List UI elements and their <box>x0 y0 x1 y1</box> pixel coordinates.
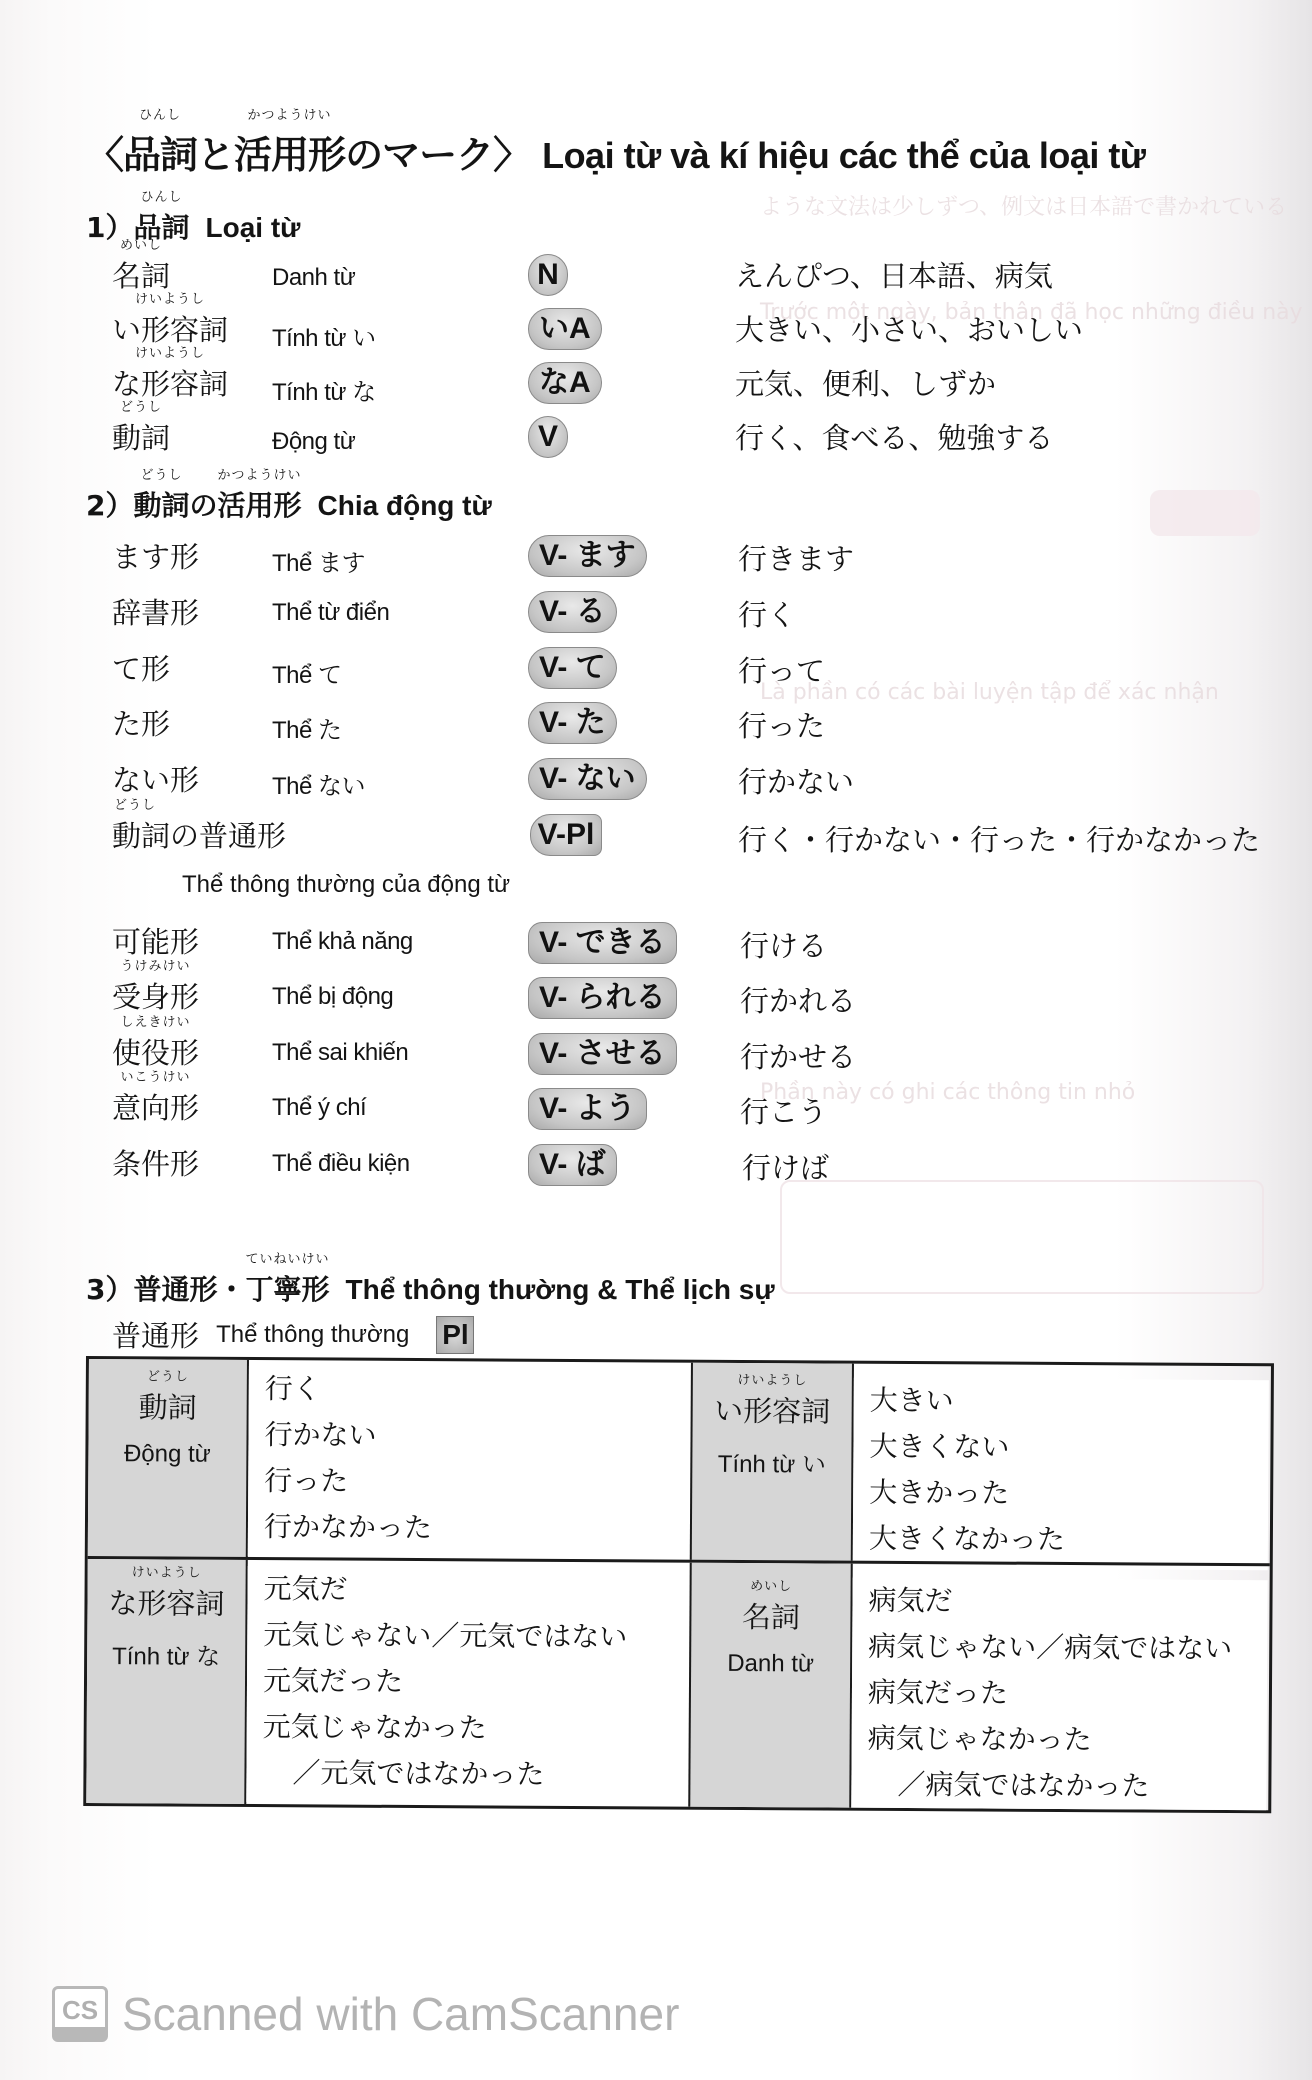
plain-vn: Thể thông thường <box>216 1321 409 1348</box>
furigana: けいようし <box>109 1561 225 1581</box>
pos-example: 大きい、小さい、おいしい <box>735 308 1083 349</box>
furigana: うけみけい <box>112 955 199 974</box>
form-vn: Thể bị động <box>272 983 393 1011</box>
form-vn: Thể ý chí <box>272 1094 366 1122</box>
form-vn: Thể sai khiến <box>272 1039 408 1067</box>
camscanner-logo-icon: CS <box>52 1986 108 2042</box>
watermark-text: Scanned with CamScanner <box>122 1987 679 2041</box>
table-head-noun: 名詞めいし Danh từ <box>688 1563 852 1808</box>
section-vn: Loại từ <box>206 212 301 243</box>
pos-example: えんぴつ、日本語、病気 <box>735 254 1053 295</box>
verb-form-row-plain: 動詞の普通形どうし V-Pl 行く・行かない・行った・行かなかった <box>0 812 1312 862</box>
plain-form-table: 動詞どうし Động từ 行く 行かない 行った 行かなかった い形容詞けいよ… <box>83 1356 1274 1813</box>
furigana: いこうけい <box>112 1066 199 1085</box>
mark-badge: V-Pl <box>530 814 602 856</box>
form-example: 行く <box>738 593 796 634</box>
form-example: 行けば <box>742 1146 829 1187</box>
furigana: かつようけい <box>218 464 302 483</box>
mark-badge: いA <box>528 308 602 350</box>
form-example: 行きます <box>738 537 854 578</box>
furigana: どうし <box>139 1365 197 1384</box>
pos-vn: Danh từ <box>272 264 355 292</box>
plain-form-note: Thể thông thường của động từ <box>182 871 510 899</box>
bleed-through-text: ような文法は少しずつ、例文は日本語で書かれている <box>760 190 1287 221</box>
pos-example: 元気、便利、しずか <box>735 362 996 403</box>
form-vn: Thể khả năng <box>272 928 413 956</box>
form-vn: Thể điều kiện <box>272 1150 410 1178</box>
mark-badge: V- る <box>528 591 617 633</box>
head-jp: な形容詞 <box>108 1586 224 1621</box>
form-line: 大きかった <box>853 1470 1268 1519</box>
verb-form-row-dictionary: 辞書形 Thể từ điển V- る 行く <box>0 589 1312 639</box>
form-jp: た形 <box>112 702 170 743</box>
form-example: 行かせる <box>740 1035 856 1076</box>
form-jp: ます形 <box>112 535 199 576</box>
bleed-through-plus-box <box>780 1180 1264 1294</box>
mark-badge: なA <box>528 362 602 404</box>
form-example: 行った <box>738 704 825 745</box>
furigana: ていねいけい <box>246 1248 330 1267</box>
head-jp: 名詞 <box>742 1600 800 1634</box>
form-line: 病気だった <box>852 1670 1267 1719</box>
form-jp: ない形 <box>112 758 199 799</box>
verb-form-row-te: て形 Thể て V- て 行って <box>0 645 1312 695</box>
pos-vn: Động từ <box>272 428 355 456</box>
form-line: 大きくない <box>853 1424 1268 1473</box>
furigana: めいし <box>112 234 170 253</box>
table-head-i-adjective: い形容詞けいようし Tính từ い <box>690 1363 854 1561</box>
mark-badge: V- できる <box>528 922 677 964</box>
furigana: どうし <box>133 464 189 483</box>
plain-form-legend: 普通形 Thể thông thường Pl <box>112 1314 474 1355</box>
furigana: ひんし <box>133 186 189 205</box>
plain-jp: 普通形 <box>112 1319 199 1353</box>
furigana: しえきけい <box>112 1011 199 1030</box>
mark-badge: V- た <box>528 702 617 744</box>
mark-badge: N <box>528 254 568 296</box>
form-line: 大きくなかった <box>853 1516 1268 1565</box>
mark-badge: V- よう <box>528 1088 647 1130</box>
form-example: 行かない <box>738 760 854 801</box>
form-line: 元気だった <box>247 1658 687 1707</box>
form-line: ／病気ではなかった <box>851 1762 1266 1811</box>
form-line: 病気じゃなかった <box>852 1716 1267 1765</box>
head-vn: Tính từ な <box>87 1636 245 1672</box>
form-line: 元気だ <box>247 1566 687 1615</box>
form-vn: Thể từ điển <box>272 599 389 627</box>
verb-form-row-ta: た形 Thể た V- た 行った <box>0 700 1312 750</box>
bleed-through-box <box>1150 490 1260 536</box>
plain-mark-badge: Pl <box>436 1316 474 1354</box>
form-example: 行こう <box>740 1090 827 1131</box>
head-vn: Tính từ い <box>692 1444 851 1480</box>
mark-badge: V- ます <box>528 535 647 577</box>
form-jp: 辞書形 <box>112 591 199 632</box>
mark-badge: V- られる <box>528 977 677 1019</box>
table-head-na-adjective: な形容詞けいようし Tính từ な <box>86 1559 247 1804</box>
page-title: 〈品詞ひんしと活用形かつようけいのマーク〉Loại từ và kí hiệu … <box>86 124 1145 179</box>
table-body-noun: 病気だ 病気じゃない／病気ではない 病気だった 病気じゃなかった ／病気ではなか… <box>851 1578 1267 1811</box>
form-line: 病気だ <box>852 1578 1267 1627</box>
title-vn: Loại từ và kí hiệu các thể của loại từ <box>542 135 1145 176</box>
form-line: 元気じゃなかった <box>247 1704 687 1753</box>
form-example: 行って <box>738 649 825 690</box>
mark-badge: V- ば <box>528 1144 617 1186</box>
title-jp: 〈品詞ひんしと活用形かつようけいのマーク〉 <box>86 133 530 177</box>
verb-form-row-volitional: 意向形いこうけい Thể ý chí V- よう 行こう <box>0 1084 1312 1134</box>
pos-vn: Tính từ い <box>272 318 376 353</box>
pos-vn: Tính từ な <box>272 372 376 407</box>
mark-badge: V <box>528 416 568 458</box>
form-jp: 条件形 <box>112 1142 199 1183</box>
section-3-heading: 3）普通形・丁寧形ていねいけいThể thông thường & Thể lị… <box>86 1268 775 1308</box>
head-vn: Động từ <box>88 1440 246 1469</box>
form-jp: 意向形いこうけい <box>112 1086 199 1127</box>
form-vn: Thể て <box>272 655 342 690</box>
pos-row-na-adjective: な形容詞けいようし Tính từ な なA 元気、便利、しずか <box>0 360 1312 410</box>
mark-badge: V- させる <box>528 1033 677 1075</box>
furigana: ひんし <box>123 104 197 123</box>
form-line: ／元気ではなかった <box>246 1750 686 1799</box>
form-example: 行ける <box>740 924 827 965</box>
form-vn: Thể た <box>272 710 342 745</box>
mark-badge: V- ない <box>528 758 647 800</box>
form-example: 行かれる <box>740 979 856 1020</box>
section-vn: Chia động từ <box>318 490 492 521</box>
pos-jp: 動詞どうし <box>112 416 170 457</box>
furigana: どうし <box>112 396 170 415</box>
head-jp: い形容詞 <box>714 1394 830 1429</box>
form-jp: て形 <box>112 647 170 688</box>
section-number: 2） <box>86 489 133 522</box>
furigana: どうし <box>114 794 286 813</box>
section-2-heading: 2）動詞どうしの活用形かつようけいChia động từ <box>86 484 492 524</box>
section-number: 3） <box>86 1273 133 1306</box>
pos-example: 行く、食べる、勉強する <box>735 416 1053 457</box>
furigana: けいようし <box>112 342 228 361</box>
form-example: 行く・行かない・行った・行かなかった <box>738 818 1260 859</box>
furigana: めいし <box>742 1575 800 1594</box>
verb-form-row-masu: ます形 Thể ます V- ます 行きます <box>0 533 1312 583</box>
furigana: けいようし <box>112 288 228 307</box>
form-line: 大きい <box>854 1378 1269 1427</box>
head-vn: Danh từ <box>691 1650 850 1679</box>
form-line: 元気じゃない／元気ではない <box>247 1612 687 1661</box>
logo-text: CS <box>55 1995 105 2026</box>
form-jp: 動詞の普通形どうし <box>112 814 286 855</box>
table-head-verb: 動詞どうし Động từ <box>88 1359 249 1557</box>
table-body-i-adjective: 大きい 大きくない 大きかった 大きくなかった <box>853 1378 1269 1571</box>
form-jp: 受身形うけみけい <box>112 975 199 1016</box>
form-line: 病気じゃない／病気ではない <box>852 1624 1267 1673</box>
furigana: けいようし <box>714 1369 830 1389</box>
table-body-na-adjective: 元気だ 元気じゃない／元気ではない 元気だった 元気じゃなかった ／元気ではなか… <box>246 1566 687 1805</box>
mark-badge: V- て <box>528 647 617 689</box>
camscanner-watermark: CS Scanned with CamScanner <box>52 1986 679 2042</box>
head-jp: 動詞 <box>139 1390 197 1424</box>
verb-form-row-conditional: 条件形 Thể điều kiện V- ば 行けば <box>0 1140 1312 1190</box>
section-vn: Thể thông thường & Thể lịch sự <box>346 1274 775 1305</box>
pos-row-verb: 動詞どうし Động từ V 行く、食べる、勉強する <box>0 414 1312 464</box>
form-vn: Thể ます <box>272 543 365 578</box>
furigana: かつようけい <box>234 104 345 123</box>
